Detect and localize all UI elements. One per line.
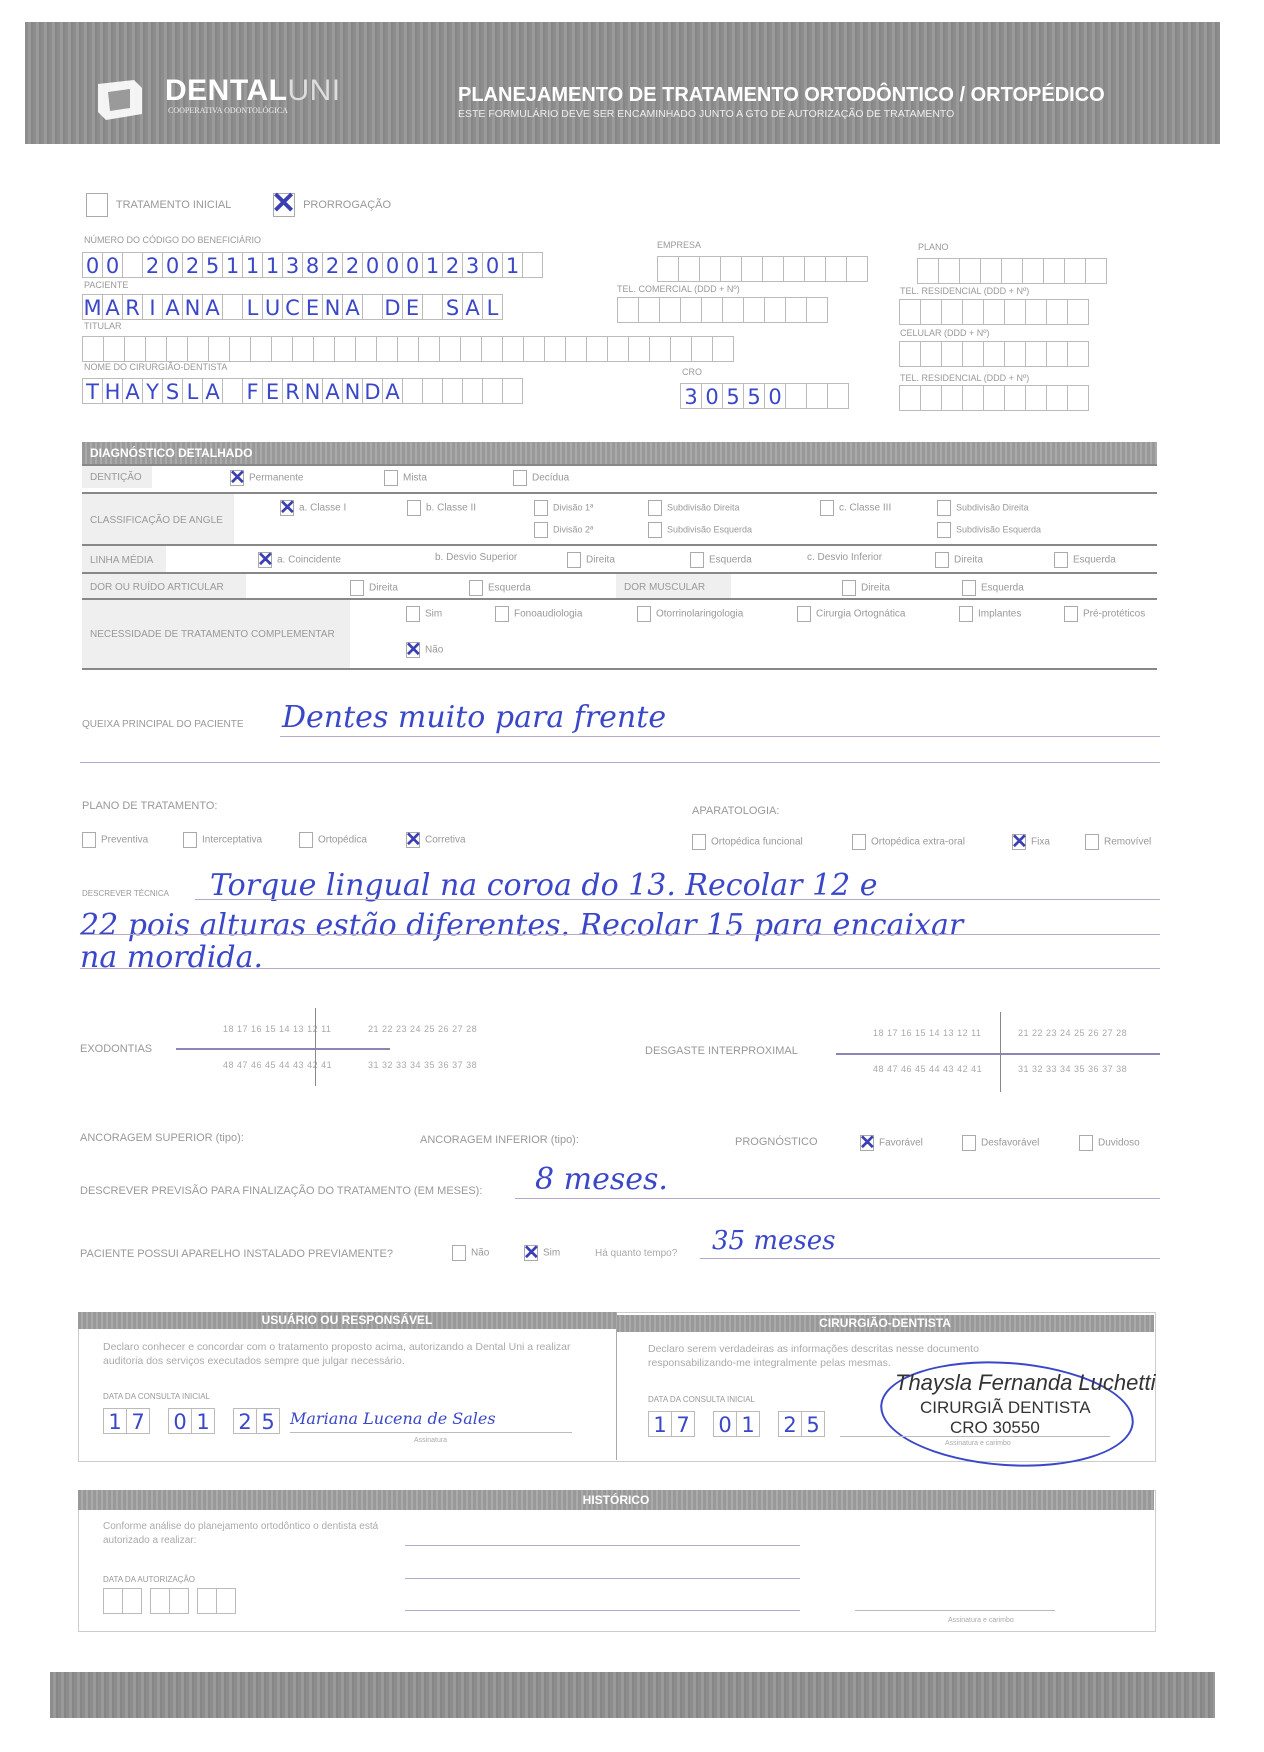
aparatologia-option-ortop-dica-funcional[interactable]: Ortopédica funcional <box>692 834 803 850</box>
char-box: 1 <box>648 1411 672 1437</box>
char-box <box>899 341 921 367</box>
exodontias-label: EXODONTIAS <box>80 1043 152 1055</box>
char-box <box>565 336 587 362</box>
char-box: 1 <box>422 252 443 278</box>
checkbox-coincidente[interactable] <box>258 552 272 568</box>
aparatologia-checkbox[interactable] <box>1012 834 1026 850</box>
checkbox-tratamento-inicial[interactable] <box>86 193 108 217</box>
previsao-value[interactable]: 8 meses. <box>535 1162 668 1197</box>
char-box <box>544 336 566 362</box>
aparatologia-option-label: Ortopédica funcional <box>711 837 803 848</box>
char-box: 2 <box>182 252 203 278</box>
des-upper-left[interactable]: 21 22 23 24 25 26 27 28 <box>1018 1028 1127 1038</box>
aparelho-label: PACIENTE POSSUI APARELHO INSTALADO PREVI… <box>80 1248 393 1260</box>
checkbox-div2[interactable] <box>534 522 548 538</box>
checkbox-permanente[interactable] <box>230 470 244 486</box>
char-box: 2 <box>233 1408 257 1434</box>
option-prorrogacao[interactable]: PRORROGAÇÃO <box>273 193 391 217</box>
tecnica-line-3[interactable]: na mordida. <box>80 940 263 975</box>
char-box: A <box>122 378 143 404</box>
form-title: PLANEJAMENTO DE TRATAMENTO ORTODÔNTICO /… <box>458 84 1105 107</box>
beneficiario-field[interactable]: 002025111382200012301 <box>82 252 542 278</box>
char-box: U <box>262 294 283 320</box>
tel-comercial-label: TEL. COMERCIAL (DDD + Nº) <box>617 284 740 294</box>
checkbox-comp-nao[interactable] <box>406 642 420 658</box>
char-box <box>481 336 503 362</box>
char-box <box>103 336 125 362</box>
char-box: 0 <box>162 252 183 278</box>
plano-option-label: Interceptativa <box>202 835 262 846</box>
char-box <box>659 297 681 323</box>
row-complementar: NECESSIDADE DE TRATAMENTO COMPLEMENTAR S… <box>82 598 1157 670</box>
des-lower-right[interactable]: 48 47 46 45 44 43 42 41 <box>873 1064 982 1074</box>
char-box <box>1004 299 1026 325</box>
char-box <box>962 385 984 411</box>
date-part[interactable]: 17 <box>648 1411 694 1437</box>
prognostico-option-duvidoso[interactable]: Duvidoso <box>1079 1135 1140 1151</box>
char-box <box>124 336 146 362</box>
option-implantes[interactable]: Implantes <box>959 606 1021 622</box>
char-box <box>442 378 463 404</box>
checkbox-comp-sim[interactable] <box>406 606 420 622</box>
char-box <box>1067 341 1089 367</box>
desvio-superior-label: b. Desvio Superior <box>435 552 517 563</box>
plano-option-label: Preventiva <box>101 835 148 846</box>
ancoragem-inferior-label: ANCORAGEM INFERIOR (tipo): <box>420 1134 579 1146</box>
plano-label: PLANO <box>918 242 949 252</box>
char-box <box>785 383 807 409</box>
exo-h-line <box>176 1048 390 1050</box>
option-aparelho-nao[interactable]: Não <box>452 1245 489 1261</box>
plano-option-ortop-dica[interactable]: Ortopédica <box>299 832 367 848</box>
row-angle: CLASSIFICAÇÃO DE ANGLE a. Classe I b. Cl… <box>82 492 1157 546</box>
checkbox-classe2[interactable] <box>407 500 421 516</box>
tecnica-line-1[interactable]: Torque lingual na coroa do 13. Recolar 1… <box>210 868 877 903</box>
char-box <box>1004 385 1026 411</box>
beneficiario-label: NÚMERO DO CÓDIGO DO BENEFICIÁRIO <box>84 235 261 245</box>
complementar-label: NECESSIDADE DE TRATAMENTO COMPLEMENTAR <box>82 600 350 668</box>
char-box <box>145 336 167 362</box>
char-box <box>402 378 423 404</box>
checkbox-subesq2[interactable] <box>648 522 662 538</box>
option-comp-sim[interactable]: Sim <box>406 606 442 622</box>
prognostico-checkbox[interactable] <box>962 1135 976 1151</box>
tecnica-line-2[interactable]: 22 pois alturas estão diferentes. Recola… <box>80 908 963 943</box>
checkbox-aparelho-nao[interactable] <box>452 1245 466 1261</box>
char-box: 1 <box>222 252 243 278</box>
option-sup-esquerda[interactable]: Esquerda <box>690 552 752 568</box>
char-box: 1 <box>191 1408 215 1434</box>
char-box <box>1025 299 1047 325</box>
option-decidua[interactable]: Decídua <box>513 470 569 486</box>
char-box: N <box>322 294 343 320</box>
prognostico-checkbox[interactable] <box>860 1135 874 1151</box>
char-box <box>122 1588 142 1614</box>
char-box: R <box>122 294 143 320</box>
row-dor: DOR OU RUÍDO ARTICULAR Direita Esquerda … <box>82 572 1157 600</box>
prognostico-option-desfavor-vel[interactable]: Desfavorável <box>962 1135 1039 1151</box>
char-box <box>825 256 847 282</box>
option-muscular-direita[interactable]: Direita <box>842 580 890 596</box>
option-classe2[interactable]: b. Classe II <box>407 500 476 516</box>
char-box: 5 <box>801 1411 825 1437</box>
char-box <box>743 297 765 323</box>
checkbox-muscular-direita[interactable] <box>842 580 856 596</box>
checkbox-dor-direita[interactable] <box>350 580 364 596</box>
plano-checkbox[interactable] <box>183 832 197 848</box>
char-box: 0 <box>764 383 786 409</box>
plano-checkbox[interactable] <box>299 832 313 848</box>
char-box: A <box>382 378 403 404</box>
char-box <box>522 252 543 278</box>
option-permanente[interactable]: Permanente <box>230 470 303 486</box>
aparatologia-option-fixa[interactable]: Fixa <box>1012 834 1050 850</box>
char-box <box>1001 258 1023 284</box>
plano-checkbox[interactable] <box>82 832 96 848</box>
option-subdir3[interactable]: Subdivisão Direita <box>937 500 1029 516</box>
dor-label: DOR OU RUÍDO ARTICULAR <box>82 574 246 600</box>
char-box <box>376 336 398 362</box>
aparatologia-checkbox[interactable] <box>852 834 866 850</box>
checkbox-fono[interactable] <box>495 606 509 622</box>
empresa-label: EMPRESA <box>657 240 701 250</box>
char-box: A <box>462 294 483 320</box>
option-div2[interactable]: Divisão 2ª <box>534 522 593 538</box>
char-box: 0 <box>102 252 123 278</box>
char-box <box>82 336 104 362</box>
checkbox-decidua[interactable] <box>513 470 527 486</box>
checkbox-classe1[interactable] <box>280 500 294 516</box>
char-box: 0 <box>713 1411 737 1437</box>
char-box: 3 <box>680 383 702 409</box>
char-box: F <box>242 378 263 404</box>
celular-field[interactable] <box>899 341 1088 367</box>
aparatologia-option-label: Ortopédica extra-oral <box>871 837 965 848</box>
prognostico-label: PROGNÓSTICO <box>735 1136 818 1148</box>
char-box: 7 <box>126 1408 150 1434</box>
char-box <box>827 383 849 409</box>
historico-date-field[interactable] <box>103 1588 244 1614</box>
char-box: S <box>162 378 183 404</box>
dentista-signature-line <box>840 1436 1110 1437</box>
option-mista[interactable]: Mista <box>384 470 427 486</box>
char-box: L <box>242 294 263 320</box>
char-box <box>980 258 1002 284</box>
aparatologia-checkbox[interactable] <box>1085 834 1099 850</box>
char-box <box>920 299 942 325</box>
char-box <box>959 258 981 284</box>
option-dor-esquerda[interactable]: Esquerda <box>469 580 531 596</box>
option-classe3[interactable]: c. Classe III <box>820 500 891 516</box>
option-protese[interactable]: Pré-protéticos <box>1064 606 1145 622</box>
char-box <box>649 336 671 362</box>
prognostico-option-favor-vel[interactable]: Favorável <box>860 1135 923 1151</box>
historico-line-3[interactable] <box>405 1610 800 1611</box>
date-part[interactable]: 25 <box>778 1411 824 1437</box>
option-inf-esquerda[interactable]: Esquerda <box>1054 552 1116 568</box>
char-box <box>1085 258 1107 284</box>
char-box <box>920 385 942 411</box>
empresa-field[interactable] <box>657 256 867 282</box>
ancoragem-superior-label: ANCORAGEM SUPERIOR (tipo): <box>80 1132 244 1144</box>
char-box <box>657 256 679 282</box>
char-box: 5 <box>202 252 223 278</box>
dentista-signature-label: Assinatura e carimbo <box>945 1440 1011 1447</box>
prognostico-checkbox[interactable] <box>1079 1135 1093 1151</box>
option-dor-direita[interactable]: Direita <box>350 580 398 596</box>
form-subtitle: ESTE FORMULÁRIO DEVE SER ENCAMINHADO JUN… <box>458 108 954 120</box>
tel-residencial-label: TEL. RESIDENCIAL (DDD + Nº) <box>900 286 1029 296</box>
paciente-label: PACIENTE <box>84 280 128 290</box>
option-aparelho-sim[interactable]: Sim <box>524 1245 560 1261</box>
char-box: S <box>442 294 463 320</box>
char-box: C <box>282 294 303 320</box>
char-box <box>502 336 524 362</box>
char-box: 8 <box>302 252 323 278</box>
previsao-line <box>515 1198 1160 1199</box>
usuario-signature[interactable]: Mariana Lucena de Sales <box>290 1409 496 1428</box>
linha-media-label: LINHA MÉDIA <box>82 546 166 574</box>
char-box <box>764 297 786 323</box>
checkbox-prorrogacao[interactable] <box>273 193 295 217</box>
option-inf-direita[interactable]: Direita <box>935 552 983 568</box>
exo-v-line <box>315 1008 316 1086</box>
char-box <box>523 336 545 362</box>
char-box: A <box>202 294 223 320</box>
option-sup-direita[interactable]: Direita <box>567 552 615 568</box>
char-box: 1 <box>262 252 283 278</box>
queixa-line <box>280 736 1160 737</box>
char-box: H <box>102 378 123 404</box>
char-box: 0 <box>701 383 723 409</box>
plano-option-label: Ortopédica <box>318 835 367 846</box>
char-box: A <box>202 378 223 404</box>
checkbox-dor-esquerda[interactable] <box>469 580 483 596</box>
tempo-label: Há quanto tempo? <box>595 1248 677 1259</box>
celular-label: CELULAR (DDD + Nº) <box>900 328 990 338</box>
char-box <box>586 336 608 362</box>
char-box <box>785 297 807 323</box>
char-box <box>941 341 963 367</box>
char-box: L <box>182 378 203 404</box>
char-box <box>678 256 700 282</box>
char-box: E <box>302 294 323 320</box>
char-box: 0 <box>382 252 403 278</box>
char-box: N <box>302 378 323 404</box>
option-cirurgia[interactable]: Cirurgia Ortognática <box>797 606 905 622</box>
plano-option-label: Corretiva <box>425 835 466 846</box>
char-box <box>334 336 356 362</box>
char-box: 3 <box>462 252 483 278</box>
titular-field[interactable] <box>82 336 733 362</box>
option-subesq2[interactable]: Subdivisão Esquerda <box>648 522 752 538</box>
option-fono[interactable]: Fonoaudiologia <box>495 606 582 622</box>
checkbox-div1[interactable] <box>534 500 548 516</box>
char-box: 1 <box>502 252 523 278</box>
char-box <box>638 297 660 323</box>
aparatologia-option-label: Fixa <box>1031 837 1050 848</box>
checkbox-mista[interactable] <box>384 470 398 486</box>
checkbox-sup-esquerda[interactable] <box>690 552 704 568</box>
option-div1[interactable]: Divisão 1ª <box>534 500 593 516</box>
form-footer <box>50 1672 1215 1718</box>
char-box <box>355 336 377 362</box>
aparatologia-checkbox[interactable] <box>692 834 706 850</box>
option-otorrino[interactable]: Otorrinolaringologia <box>637 606 743 622</box>
char-box: 2 <box>342 252 363 278</box>
des-v-line <box>1000 1012 1001 1092</box>
prognostico-option-label: Duvidoso <box>1098 1138 1140 1149</box>
plano-option-corretiva[interactable]: Corretiva <box>406 832 466 848</box>
char-box: N <box>182 294 203 320</box>
char-box <box>983 341 1005 367</box>
historico-line-1[interactable] <box>405 1545 800 1546</box>
tel-comercial-field[interactable] <box>617 297 827 323</box>
usuario-signature-label: Assinatura <box>414 1437 447 1444</box>
aparatologia-option-ortop-dica-extra-oral[interactable]: Ortopédica extra-oral <box>852 834 965 850</box>
char-box: 0 <box>402 252 423 278</box>
option-muscular-esquerda[interactable]: Esquerda <box>962 580 1024 596</box>
brand-name: DENTALUNI <box>165 74 341 108</box>
char-box: 1 <box>736 1411 760 1437</box>
char-box: A <box>322 378 343 404</box>
plano-label: PLANO DE TRATAMENTO: <box>82 800 218 812</box>
char-box <box>460 336 482 362</box>
char-box: A <box>162 294 183 320</box>
historico-signature-line[interactable] <box>855 1610 1055 1611</box>
char-box <box>1064 258 1086 284</box>
desvio-inferior-label: c. Desvio Inferior <box>807 552 882 563</box>
prognostico-option-label: Favorável <box>879 1138 923 1149</box>
checkbox-classe3[interactable] <box>820 500 834 516</box>
char-box <box>103 1588 123 1614</box>
dentaluni-logo-icon <box>90 78 150 122</box>
char-box <box>122 252 143 278</box>
checkbox-inf-direita[interactable] <box>935 552 949 568</box>
char-box: 5 <box>743 383 765 409</box>
checkbox-inf-esquerda[interactable] <box>1054 552 1068 568</box>
checkbox-sup-direita[interactable] <box>567 552 581 568</box>
tel-residencial2-label: TEL. RESIDENCIAL (DDD + Nº) <box>900 373 1029 383</box>
option-comp-nao[interactable]: Não <box>406 642 443 658</box>
char-box: 3 <box>282 252 303 278</box>
date-part[interactable]: 17 <box>103 1408 149 1434</box>
historico-section-header: HISTÓRICO <box>78 1490 1154 1510</box>
option-subesq3[interactable]: Subdivisão Esquerda <box>937 522 1041 538</box>
tempo-value[interactable]: 35 meses <box>712 1226 835 1256</box>
char-box: E <box>402 294 423 320</box>
paciente-field[interactable]: MARIANALUCENADESAL <box>82 294 502 320</box>
checkbox-muscular-esquerda[interactable] <box>962 580 976 596</box>
tecnica-line <box>195 899 1160 900</box>
dor-muscular-label: DOR MUSCULAR <box>616 574 731 600</box>
stamp-name: Thaysla Fernanda Luchetti <box>895 1370 1156 1396</box>
char-box <box>197 1588 217 1614</box>
plano-checkbox[interactable] <box>406 832 420 848</box>
aparatologia-label: APARATOLOGIA: <box>692 805 779 817</box>
cro-field[interactable]: 30550 <box>680 383 848 409</box>
dentista-field[interactable]: THAYSLAFERNANDA <box>82 378 522 404</box>
checkbox-subdir2[interactable] <box>648 500 662 516</box>
checkbox-implantes[interactable] <box>959 606 973 622</box>
char-box: D <box>362 378 383 404</box>
exo-upper-left[interactable]: 21 22 23 24 25 26 27 28 <box>368 1024 477 1034</box>
option-tratamento-inicial[interactable]: TRATAMENTO INICIAL <box>86 193 231 217</box>
dentista-label: NOME DO CIRURGIÃO-DENTISTA <box>84 362 227 372</box>
option-classe1[interactable]: a. Classe I <box>280 500 346 516</box>
char-box: 7 <box>671 1411 695 1437</box>
char-box <box>699 256 721 282</box>
stamp-cro: CRO 30550 <box>950 1418 1040 1438</box>
char-box <box>962 341 984 367</box>
option-subdir2[interactable]: Subdivisão Direita <box>648 500 740 516</box>
char-box <box>701 297 723 323</box>
date-part[interactable]: 01 <box>168 1408 214 1434</box>
char-box <box>229 336 251 362</box>
checkbox-aparelho-sim[interactable] <box>524 1245 538 1261</box>
tel-residencial2-field[interactable] <box>899 385 1088 411</box>
checkbox-cirurgia[interactable] <box>797 606 811 622</box>
checkbox-subesq3[interactable] <box>937 522 951 538</box>
date-part[interactable]: 01 <box>713 1411 759 1437</box>
exo-lower-left[interactable]: 31 32 33 34 35 36 37 38 <box>368 1060 477 1070</box>
char-box <box>917 258 939 284</box>
char-box <box>208 336 230 362</box>
char-box <box>1004 341 1026 367</box>
char-box <box>1022 258 1044 284</box>
angle-label: CLASSIFICAÇÃO DE ANGLE <box>82 494 234 546</box>
char-box <box>422 378 443 404</box>
tel-residencial-field[interactable] <box>899 299 1088 325</box>
desgaste-label: DESGASTE INTERPROXIMAL <box>645 1045 798 1057</box>
aparatologia-option-remov-vel[interactable]: Removível <box>1085 834 1151 850</box>
char-box <box>899 299 921 325</box>
des-upper-right[interactable]: 18 17 16 15 14 13 12 11 <box>873 1028 981 1038</box>
panel-divider <box>616 1312 617 1460</box>
char-box <box>1046 341 1068 367</box>
tecnica-line <box>80 968 1160 969</box>
char-box <box>846 256 868 282</box>
plano-field[interactable] <box>917 258 1106 284</box>
char-box: M <box>82 294 103 320</box>
char-box: 0 <box>82 252 103 278</box>
date-part[interactable]: 25 <box>233 1408 279 1434</box>
char-box: 2 <box>442 252 463 278</box>
char-box: L <box>482 294 503 320</box>
char-box: 0 <box>168 1408 192 1434</box>
checkbox-subdir3[interactable] <box>937 500 951 516</box>
checkbox-otorrino[interactable] <box>637 606 651 622</box>
char-box: 0 <box>362 252 383 278</box>
char-box: A <box>342 294 363 320</box>
historico-line-2[interactable] <box>405 1578 800 1579</box>
plano-option-interceptativa[interactable]: Interceptativa <box>183 832 262 848</box>
char-box <box>617 297 639 323</box>
char-box <box>920 341 942 367</box>
checkbox-protese[interactable] <box>1064 606 1078 622</box>
stamp-role: CIRURGIÃ DENTISTA <box>920 1398 1091 1418</box>
char-box <box>169 1588 189 1614</box>
queixa-value[interactable]: Dentes muito para frente <box>282 700 666 735</box>
plano-option-preventiva[interactable]: Preventiva <box>82 832 148 848</box>
char-box: 2 <box>778 1411 802 1437</box>
char-box: I <box>142 294 163 320</box>
option-coincidente[interactable]: a. Coincidente <box>258 552 341 568</box>
des-lower-left[interactable]: 31 32 33 34 35 36 37 38 <box>1018 1064 1127 1074</box>
char-box <box>439 336 461 362</box>
char-box <box>806 297 828 323</box>
char-box <box>422 294 443 320</box>
